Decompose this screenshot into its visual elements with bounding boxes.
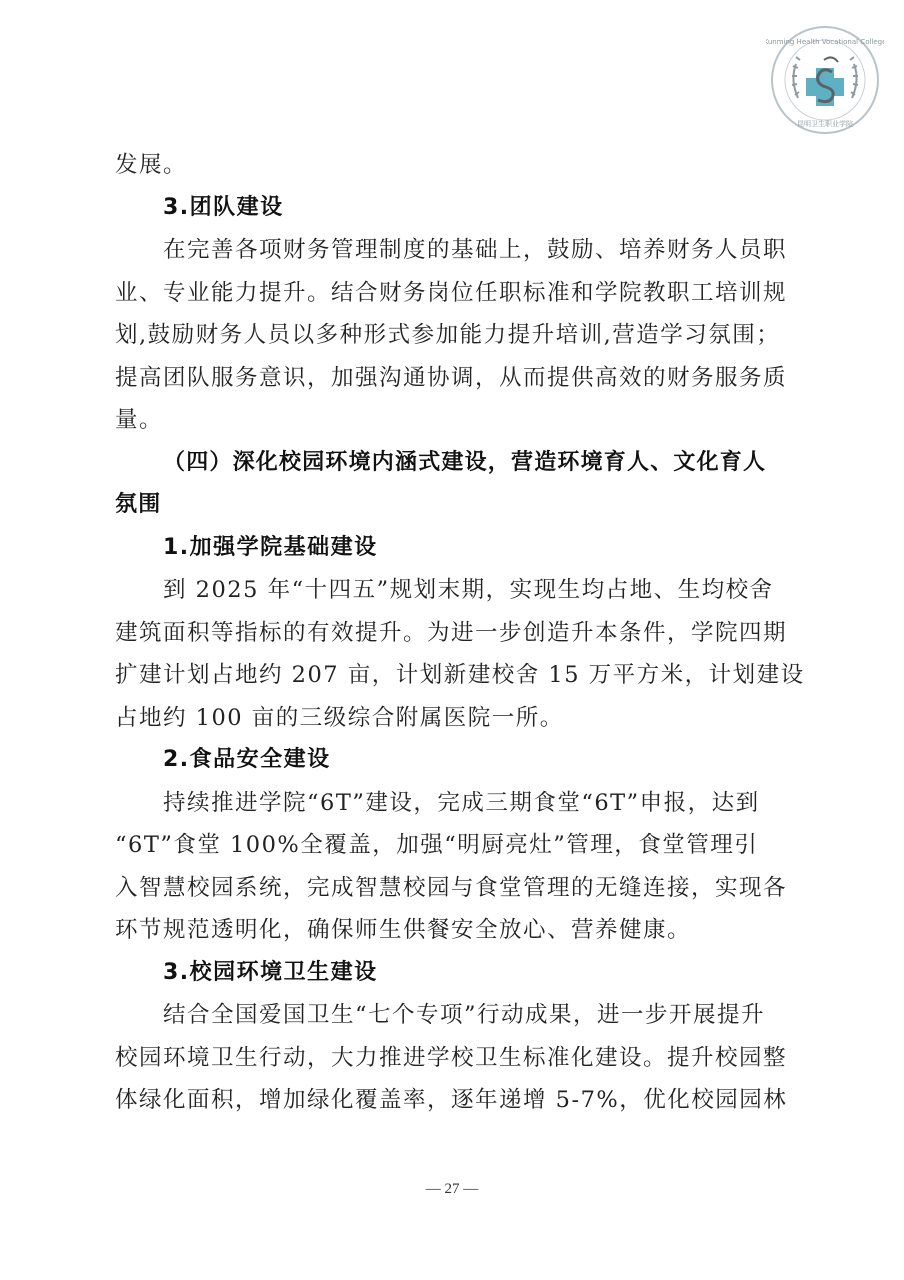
paragraph-line: “6T”食堂 100%全覆盖，加强“明厨亮灶”管理，食堂管理引 <box>115 824 793 867</box>
paragraph-line: 提高团队服务意识，加强沟通协调，从而提供高效的财务服务质 <box>115 357 793 400</box>
paragraph-line: 持续推进学院“6T”建设，完成三期食堂“6T”申报，达到 <box>115 782 793 825</box>
paragraph-line: 体绿化面积，增加绿化覆盖率，逐年递增 5-7%，优化校园园林 <box>115 1079 793 1122</box>
paragraph-line: 校园环境卫生行动，大力推进学校卫生标准化建设。提升校园整 <box>115 1037 793 1080</box>
paragraph-line: 量。 <box>115 399 793 442</box>
subsection-heading-infrastructure: 1.加强学院基础建设 <box>115 527 793 570</box>
document-body: 发展。 3.团队建设 在完善各项财务管理制度的基础上，鼓励、培养财务人员职 业、… <box>115 144 793 1122</box>
paragraph-line: 在完善各项财务管理制度的基础上，鼓励、培养财务人员职 <box>115 229 793 272</box>
paragraph-line: 到 2025 年“十四五”规划末期，实现生均占地、生均校舍 <box>115 569 793 612</box>
paragraph-line: 结合全国爱国卫生“七个专项”行动成果，进一步开展提升 <box>115 994 793 1037</box>
paragraph-line: 划,鼓励财务人员以多种形式参加能力提升培训,营造学习氛围； <box>115 314 793 357</box>
page-number: — 27 — <box>0 1181 904 1198</box>
svg-text:昆明卫生职业学院: 昆明卫生职业学院 <box>797 119 853 128</box>
subsection-heading-food-safety: 2.食品安全建设 <box>115 739 793 782</box>
section-heading-continuation: 氛围 <box>115 484 793 527</box>
subsection-heading-campus-sanitation: 3.校园环境卫生建设 <box>115 952 793 995</box>
paragraph-line: 建筑面积等指标的有效提升。为进一步创造升本条件，学院四期 <box>115 612 793 655</box>
subsection-heading-team-building: 3.团队建设 <box>115 187 793 230</box>
paragraph-line: 发展。 <box>115 144 793 187</box>
paragraph-line: 业、专业能力提升。结合财务岗位任职标准和学院教职工培训规 <box>115 272 793 315</box>
college-emblem-logo: Kunming Health Vocational College 昆明卫生职业… <box>766 24 884 136</box>
paragraph-line: 扩建计划占地约 207 亩，计划新建校舍 15 万平方米，计划建设 <box>115 654 793 697</box>
section-heading-campus-environment: （四）深化校园环境内涵式建设，营造环境育人、文化育人 <box>115 442 793 485</box>
college-emblem-icon: Kunming Health Vocational College 昆明卫生职业… <box>766 24 884 136</box>
paragraph-line: 环节规范透明化，确保师生供餐安全放心、营养健康。 <box>115 909 793 952</box>
svg-text:Kunming Health Vocational Coll: Kunming Health Vocational College <box>766 38 884 46</box>
paragraph-line: 占地约 100 亩的三级综合附属医院一所。 <box>115 697 793 740</box>
paragraph-line: 入智慧校园系统，完成智慧校园与食堂管理的无缝连接，实现各 <box>115 867 793 910</box>
